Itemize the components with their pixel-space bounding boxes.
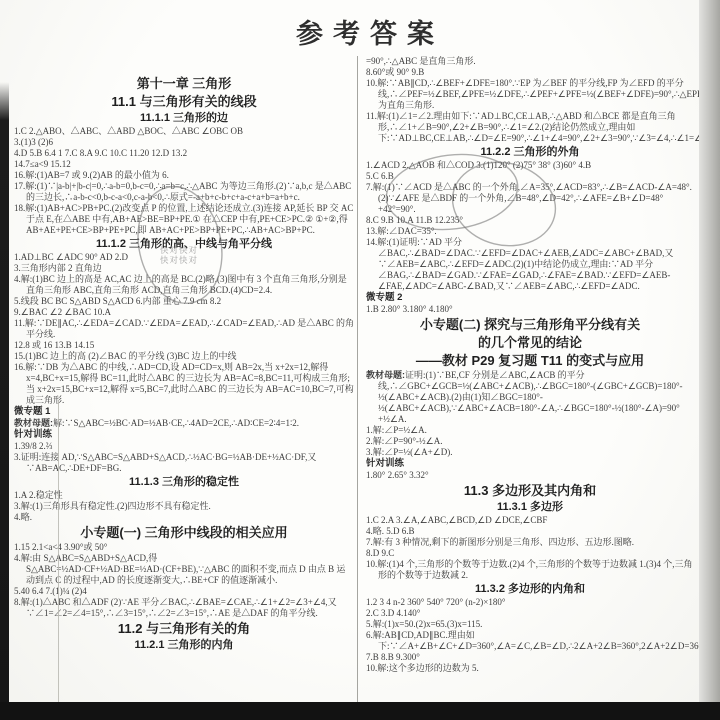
answer-line: 4.略. 5.D 6.B (366, 526, 694, 537)
column-divider (357, 56, 358, 702)
answer-line: 1.80° 2.65° 3.32° (366, 470, 694, 481)
section-heading: 11.2.2 三角形的外角 (366, 145, 694, 159)
answer-line: 15.(1)BC 边上的高 (2)∠BAC 的平分线 (3)BC 边上的中线 (14, 351, 354, 362)
answer-line: 17.解:(1)∵|a-b|+|b-c|=0,∴a-b=0,b-c=0,∴a=b… (14, 181, 354, 203)
answer-line: 8.60°或 90° 9.B (366, 67, 694, 78)
answer-line: 2.解:∠P=90°-½∠A. (366, 436, 694, 447)
section-heading: 11.2 与三角形有关的角 (14, 621, 354, 637)
page-title: 参考答案 (0, 12, 720, 51)
bold-label: 针对训练 (14, 429, 354, 441)
answer-line: 1.B 2.80° 3.180° 4.180° (366, 304, 694, 315)
answer-line: 8.D 9.C (366, 548, 694, 559)
answer-key-page-photo: 参考答案 第十一章 三角形11.1 与三角形有关的线段11.1.1 三角形的边1… (0, 0, 720, 720)
answer-line: 18.解:(1)AB+AC>PB+PC.(2)改变点 P 的位置,上述结论还成立… (14, 203, 354, 236)
answer-line: 16.解:(1)AB=7 或 9.(2)AB 的最小值为 6. (14, 170, 354, 181)
watermark-line: 快对快对 (160, 245, 198, 255)
section-heading: 11.1.3 三角形的稳定性 (14, 475, 354, 489)
answer-line: 9.∠BAC ∠2 ∠BAC 10.A (14, 307, 354, 318)
answer-line: =90°,∴△ABC 是直角三角形. (366, 56, 694, 67)
answer-line: 教材母题:证明:(1)∵BE,CF 分别是∠ABC,∠ACB 的平分线,∴∠GB… (366, 370, 694, 425)
answer-line: 4.解:由 S△ABC=S△ABD+S△ACD,得 S△ABC=½AD·CF+½… (14, 553, 354, 586)
run-in-label: 教材母题: (14, 418, 53, 428)
answer-line: 3.证明:连接 AD,∵S△ABC=S△ABD+S△ACD,∴½AC·BG=½A… (14, 452, 354, 474)
answer-line: 14.解:(1)证明:∵AD 平分∠BAC,∴∠BAD=∠DAC.∵∠EFD=∠… (366, 237, 694, 292)
answer-line: 10.解:(1)4 个,三角形的个数等于边数.(2)4 个,三角形的个数等于边数… (366, 559, 694, 581)
section-heading: 小专题(一) 三角形中线段的相关应用 (14, 525, 354, 541)
right-answer-column: =90°,∴△ABC 是直角三角形.8.60°或 90° 9.B10.解:∵AB… (366, 56, 694, 674)
answer-line: 14.7≤a<9 15.12 (14, 159, 354, 170)
answer-line: 10.解:这个多边形的边数为 5. (366, 663, 694, 674)
answer-line: 11.解:(1)∠1=∠2.理由如下:∵AD⊥BC,CE⊥AB,∴△ABD 和△… (366, 111, 694, 144)
answer-line: 16.解:∵DB 为△ABC 的中线,∴AD=CD,设 AD=CD=x,则 AB… (14, 362, 354, 406)
answer-line: 1.解:∠P=½∠A. (366, 425, 694, 436)
answer-line: 1.2 3 4 n-2 360° 540° 720° (n-2)×180° (366, 597, 694, 608)
answer-line: 教材母题:解:∵S△ABC=½BC·AD=½AB·CE,∴4AD=2CE,∴AD… (14, 418, 354, 429)
answer-line: 10.解:∵AB∥CD,∴∠BEF+∠DFE=180°.∵EP 为∠BEF 的平… (366, 78, 694, 111)
answer-line: 7.解:有 3 种情况,剩下的新图形分别是三角形、四边形、五边形.图略. (366, 537, 694, 548)
answer-line: 1.C 2.A 3.∠A,∠ABC,∠BCD,∠D ∠DCE,∠CBF (366, 515, 694, 526)
section-heading: 11.3 多边形及其内角和 (366, 483, 694, 499)
answer-line: 1.A 2.稳定性 (14, 490, 354, 501)
section-heading: 11.3.1 多边形 (366, 500, 694, 514)
answer-line: 5.线段 BC BC S△ABD S△ACD 6.内部 重心 7.9 cm 8.… (14, 296, 354, 307)
answer-line: 4.解:(1)BC 边上的高是 AC,AC 边上的高是 BC.(2)略.(3)图… (14, 274, 354, 296)
section-heading: 11.2.1 三角形的内角 (14, 638, 354, 652)
answer-line: 5.C 6.B (366, 171, 694, 182)
answer-line: 1.C 2.△ABO、△ABC、△ABD △BOC、△ABC ∠OBC OB (14, 126, 354, 137)
bold-label: 针对训练 (366, 458, 694, 470)
section-heading: 小专题(二) 探究与三角形角平分线有关 (366, 317, 694, 333)
answer-line: 3.解:(1)三角形具有稳定性.(2)四边形不具有稳定性. (14, 501, 354, 512)
answer-line: 13.解:∠DAC=35°. (366, 226, 694, 237)
answer-line: 1.∠ACD 2.△AOB 和△COD 3.(1)120° (2)75° 38°… (366, 160, 694, 171)
bold-label: 微专题 2 (366, 292, 694, 304)
answer-line: 5.解:(1)x=50.(2)x=65.(3)x=115. (366, 619, 694, 630)
answer-line: 4.略. (14, 512, 354, 523)
app-watermark: 快对快对 快对快对 (160, 245, 198, 265)
answer-line: 12.8 或 16 13.B 14.15 (14, 340, 354, 351)
section-heading: 11.3.2 多边形的内角和 (366, 582, 694, 596)
section-heading: 11.1.1 三角形的边 (14, 111, 354, 125)
answer-line: 7.解:(1)∵∠ACD 是△ABC 的一个外角,∠A=35°,∠ACD=83°… (366, 182, 694, 215)
answer-line: 3.(1)3 (2)6 (14, 137, 354, 148)
answer-line: 7.B 8.B 9.300° (366, 652, 694, 663)
answer-line: 1.15 2.1<a<4 3.90°或 50° (14, 542, 354, 553)
run-in-label: 教材母题: (366, 370, 405, 380)
answer-line: 3.解:∠P=½(∠A+∠D). (366, 447, 694, 458)
answer-line: 8.解:(1)△ABC 和△ADF (2)∵AE 平分∠BAC,∴∠BAE=∠C… (14, 597, 354, 619)
answer-line: 6.解:AB∥CD,AD∥BC.理由如下:∵∠A+∠B+∠C+∠D=360°,∠… (366, 630, 694, 652)
photo-edge-left (0, 82, 9, 720)
left-answer-column: 第十一章 三角形11.1 与三角形有关的线段11.1.1 三角形的边1.C 2.… (14, 74, 354, 653)
answer-line: 2.C 3.D 4.140° (366, 608, 694, 619)
answer-line: 4.D 5.B 6.4 1 7.C 8.A 9.C 10.C 11.20 12.… (14, 148, 354, 159)
answer-line: 1.39/8 2.⅔ (14, 441, 354, 452)
bold-label: 微专题 1 (14, 406, 354, 418)
photo-edge-right (699, 0, 720, 702)
watermark-line: 快对快对 (160, 255, 198, 265)
section-heading: 第十一章 三角形 (14, 76, 354, 92)
section-heading: 11.1 与三角形有关的线段 (14, 94, 354, 110)
page-crease-line (58, 400, 59, 702)
answer-line: 8.C 9.B 10.A 11.B 12.235° (366, 215, 694, 226)
section-heading: 的几个常见的结论 (366, 335, 694, 351)
photo-edge-bottom (0, 702, 720, 720)
answer-line: 5.40 6.4 7.(1)¼ (2)4 (14, 586, 354, 597)
answer-line: 11.解:∵DE∥AC,∴∠EDA=∠CAD.∵∠EDA=∠EAD,∴∠CAD=… (14, 318, 354, 340)
section-heading: ——教材 P29 复习题 T11 的变式与应用 (366, 353, 694, 369)
